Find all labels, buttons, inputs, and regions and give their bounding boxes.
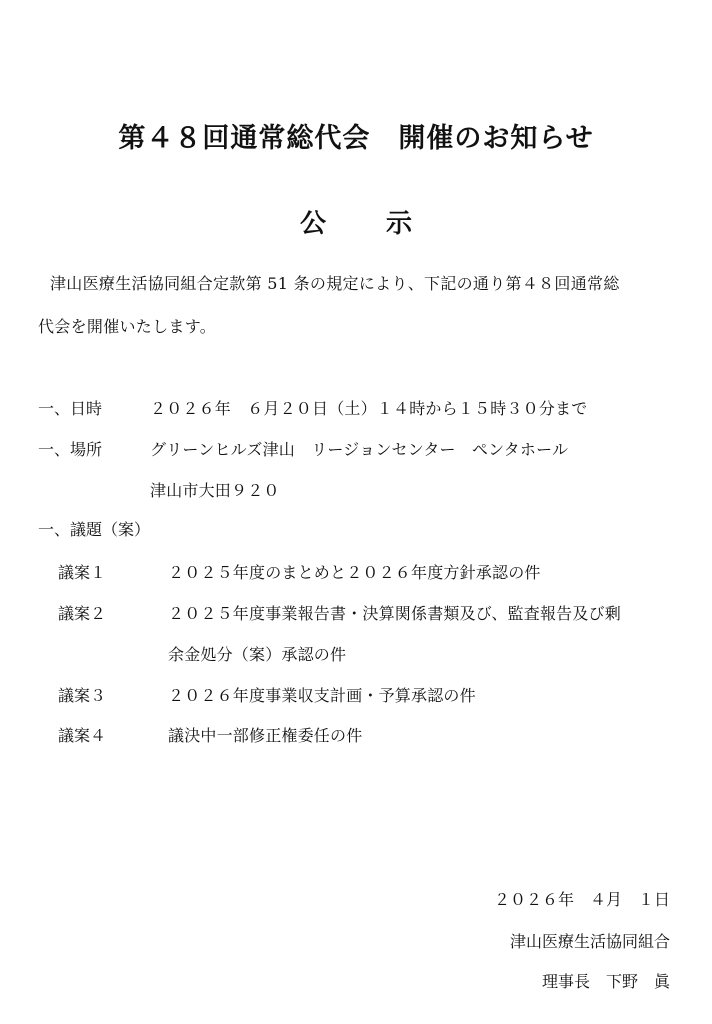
- intro-line-1: 津山医療生活協同組合定款第 51 条の規定により、下記の通り第４８回通常総: [50, 271, 620, 294]
- subtitle-char-1: 公: [300, 203, 326, 240]
- agenda-item-3-text: ２０２６年度事業収支計画・予算承認の件: [168, 683, 476, 706]
- agenda-item-2-label: 議案２: [58, 601, 106, 624]
- intro-line-2: 代会を開催いたします。: [38, 314, 216, 337]
- datetime-value: ２０２６年 ６月２０日（土）１４時から１５時３０分まで: [150, 396, 587, 419]
- footer-signatory: 理事長 下野 眞: [542, 969, 670, 992]
- place-label: 一、場所: [38, 437, 102, 460]
- agenda-item-1-label: 議案１: [58, 560, 106, 583]
- footer-organization: 津山医療生活協同組合: [510, 929, 670, 952]
- footer-date: ２０２６年 ４月 １日: [494, 887, 670, 910]
- agenda-item-3-label: 議案３: [58, 683, 106, 706]
- document-subtitle: 公示: [0, 203, 712, 240]
- agenda-item-1-text: ２０２５年度のまとめと２０２６年度方針承認の件: [168, 560, 541, 583]
- agenda-item-2-text-cont: 余金処分（案）承認の件: [168, 642, 346, 665]
- agenda-item-2-text: ２０２５年度事業報告書・決算関係書類及び、監査報告及び剰: [168, 601, 621, 624]
- agenda-label: 一、議題（案）: [38, 517, 150, 540]
- agenda-item-4-label: 議案４: [58, 723, 106, 746]
- datetime-label: 一、日時: [38, 396, 102, 419]
- place-value: グリーンヒルズ津山 リージョンセンター ペンタホール: [150, 437, 568, 460]
- subtitle-char-2: 示: [386, 203, 412, 240]
- place-address: 津山市大田９２０: [150, 478, 280, 501]
- document-title: 第４８回通常総代会 開催のお知らせ: [0, 116, 712, 155]
- agenda-item-4-text: 議決中一部修正権委任の件: [168, 723, 362, 746]
